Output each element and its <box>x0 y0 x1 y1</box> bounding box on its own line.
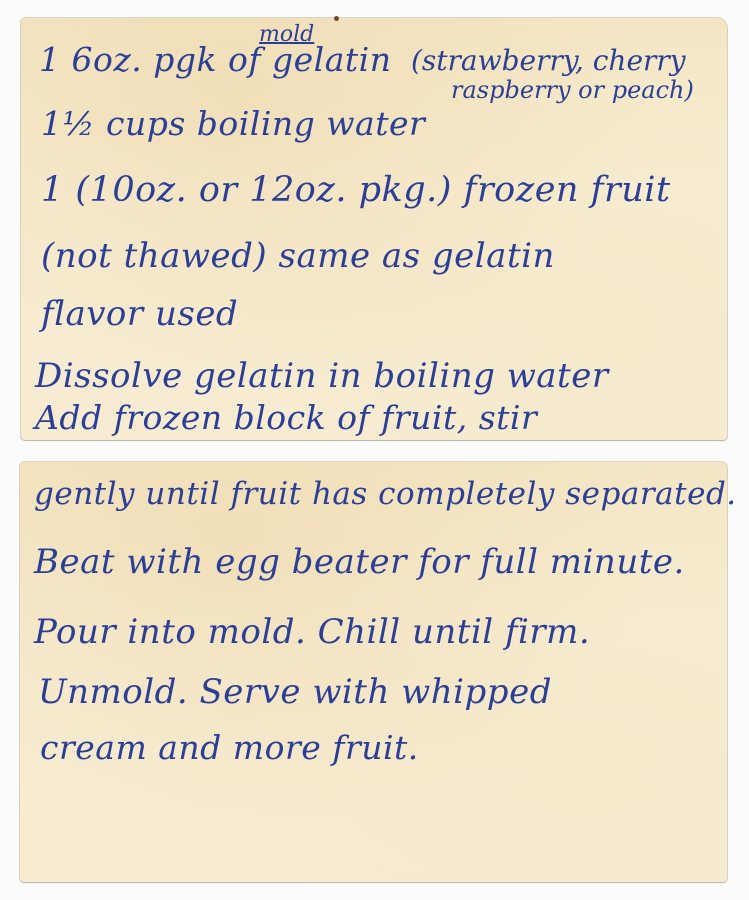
ingredient-water-text: 1½ cups boiling water <box>41 104 425 143</box>
flavor-note-line-1: (strawberry, cherry <box>411 44 686 77</box>
ingredient-line-2: 1½ cups boiling water <box>41 104 425 143</box>
ingredient-line-5: flavor used <box>41 294 238 334</box>
ingredient-line-4: (not thawed) same as gelatin <box>41 236 555 276</box>
instruction-add-fruit-text: Add frozen block of fruit, stir <box>35 398 537 437</box>
instruction-line-7: cream and more fruit. <box>40 728 419 767</box>
recipe-card-bottom: gently until fruit has completely separa… <box>20 462 727 882</box>
instruction-line-1: Dissolve gelatin in boiling water <box>35 356 609 396</box>
instruction-beat-text: Beat with egg beater for full minute. <box>34 542 685 582</box>
ingredient-frozen-fruit-text: 1 (10oz. or 12oz. pkg.) frozen fruit <box>41 170 671 210</box>
recipe-card-top: mold 1 6oz. pgk of gelatin (strawberry, … <box>21 18 727 440</box>
instruction-unmold-serve-text: Unmold. Serve with whipped <box>38 672 552 712</box>
ingredient-line-3: 1 (10oz. or 12oz. pkg.) frozen fruit <box>41 170 671 210</box>
flavor-note-line-2: raspberry or peach) <box>451 76 694 104</box>
ink-spot <box>334 16 339 21</box>
instruction-separate-text: gently until fruit has completely separa… <box>34 476 737 512</box>
instruction-pour-chill-text: Pour into mold. Chill until firm. <box>34 612 590 652</box>
ingredient-line-1: 1 6oz. pgk of gelatin <box>39 40 391 79</box>
ingredient-gelatin-text: 1 6oz. pgk of gelatin <box>39 40 391 79</box>
instruction-dissolve-text: Dissolve gelatin in boiling water <box>35 356 609 396</box>
instruction-line-6: Unmold. Serve with whipped <box>38 672 552 712</box>
ingredient-note-text: (not thawed) same as gelatin <box>41 236 555 276</box>
instruction-line-5: Pour into mold. Chill until firm. <box>34 612 590 652</box>
instruction-line-2: Add frozen block of fruit, stir <box>35 398 537 437</box>
ingredient-flavor-text: flavor used <box>41 294 238 334</box>
instruction-line-4: Beat with egg beater for full minute. <box>34 542 685 582</box>
instruction-line-3: gently until fruit has completely separa… <box>34 476 737 512</box>
instruction-cream-fruit-text: cream and more fruit. <box>40 728 419 767</box>
